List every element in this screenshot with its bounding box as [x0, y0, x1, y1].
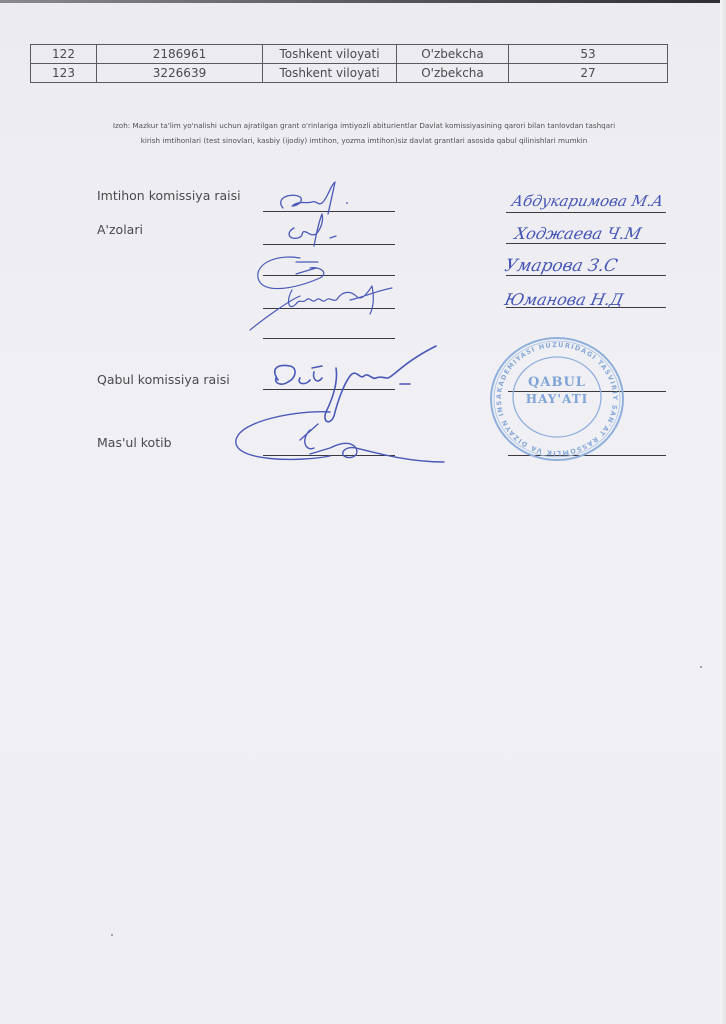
scan-speck	[700, 666, 702, 668]
signature-scribbles	[0, 0, 726, 1024]
handwritten-member-name: Абдукаримова М.А	[510, 192, 665, 210]
official-stamp: AKADEMIYASI HUZURIDAGI TASVIRIY SAN'AT R…	[487, 335, 627, 463]
stamp-center-line-2: HAY'ATI	[487, 392, 627, 406]
handwritten-member-name: Ходжаева Ч.М	[513, 224, 643, 243]
scanned-document-page: 122 2186961 Toshkent viloyati O'zbekcha …	[0, 0, 726, 1024]
stamp-center-line-1: QABUL	[487, 375, 627, 390]
handwritten-member-name: Умарова З.С	[503, 256, 619, 276]
scan-speck	[111, 934, 113, 936]
handwritten-member-name: Юманова Н.Д	[503, 290, 625, 309]
